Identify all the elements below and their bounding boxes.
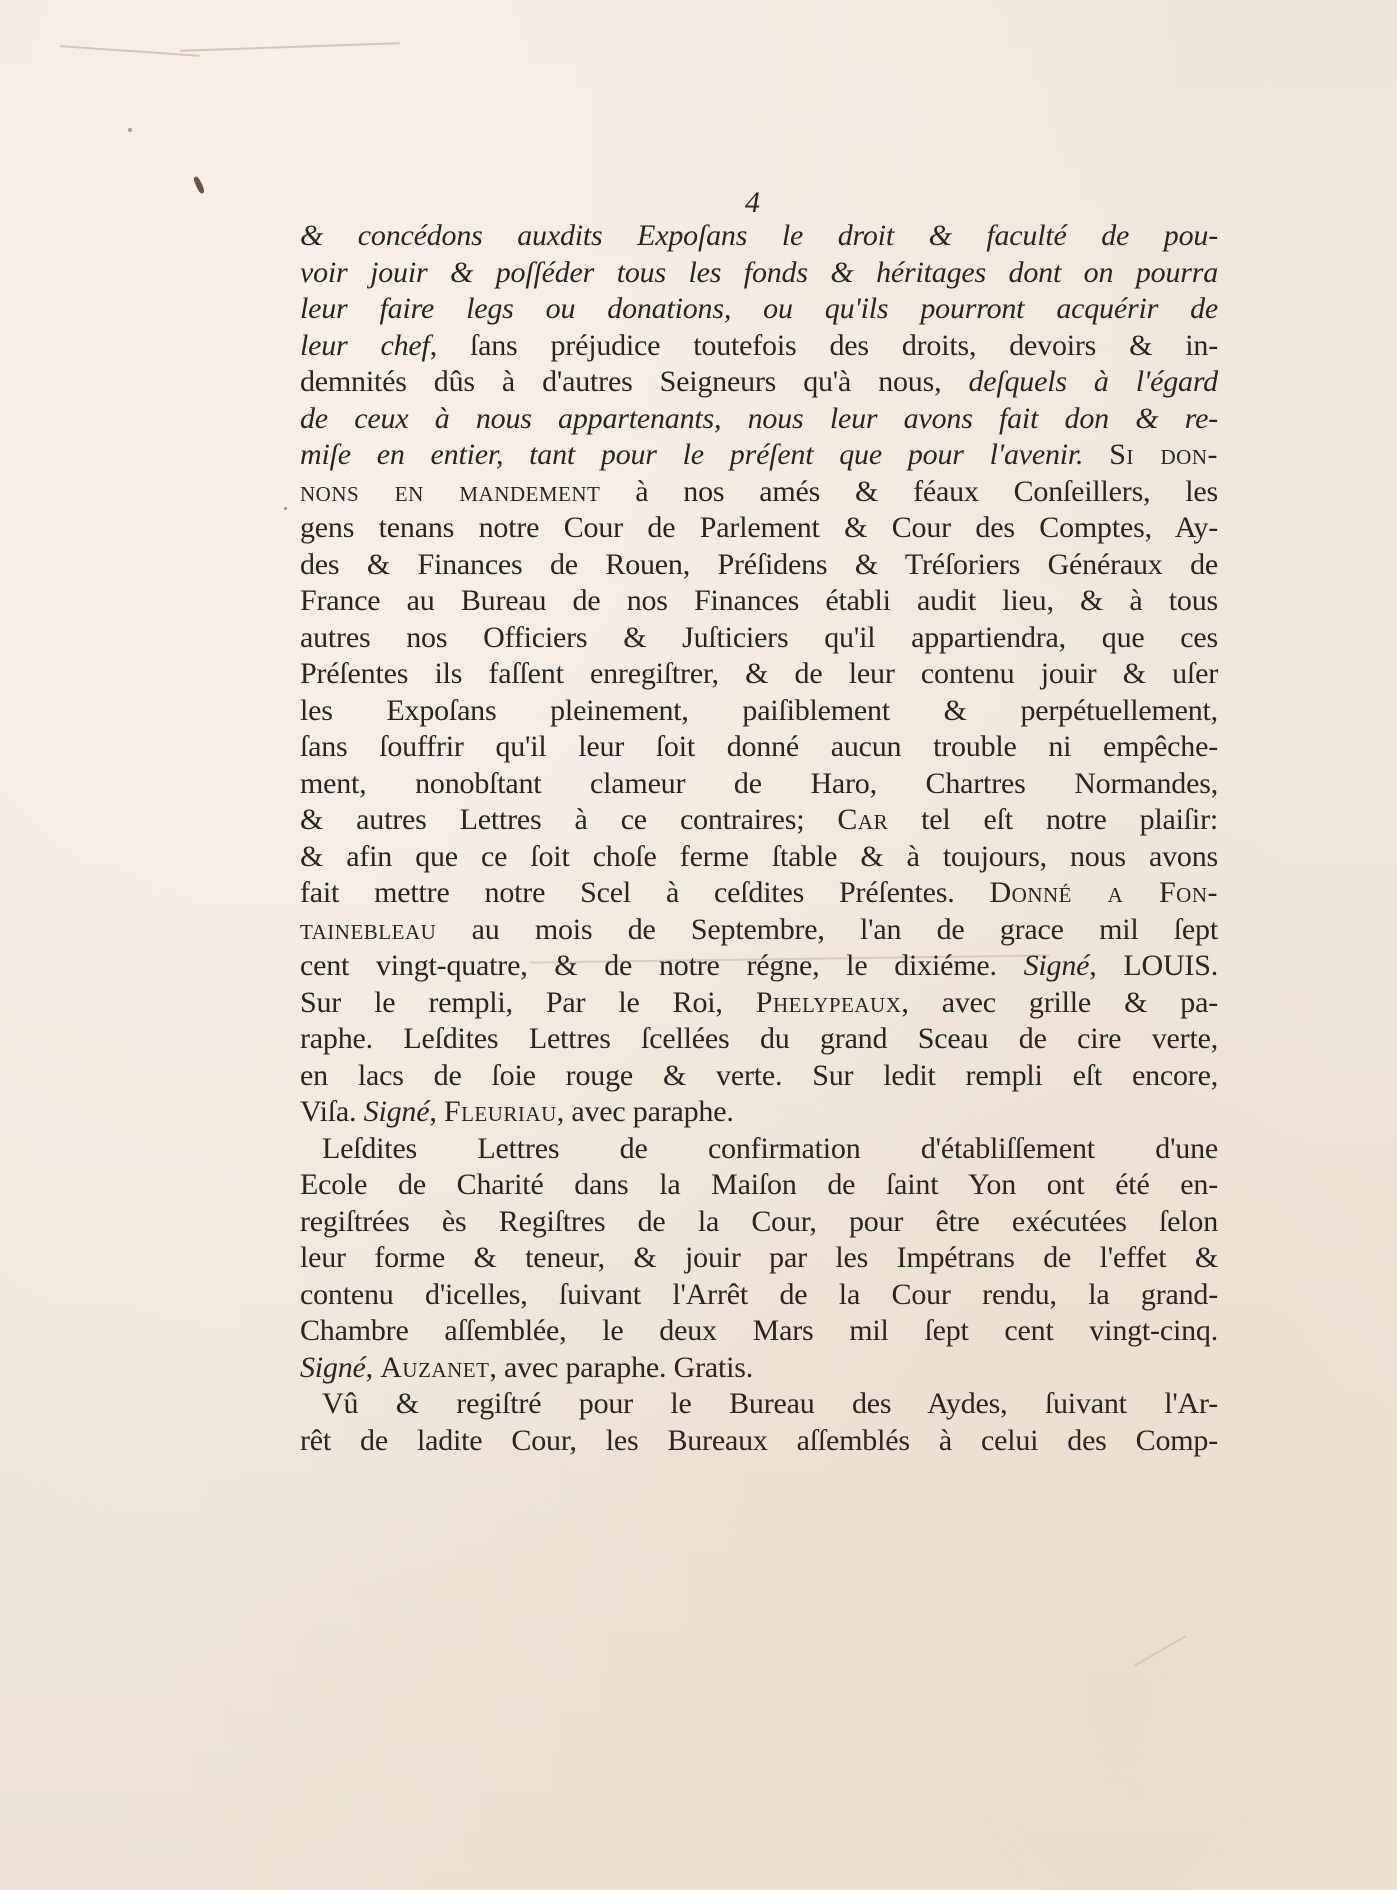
text-line: France au Bureau de nos Finances établi …	[300, 583, 1218, 620]
paper-crease	[1134, 1635, 1187, 1667]
text-segment: leur forme & teneur, & jouir par les Imp…	[300, 1241, 1218, 1274]
text-segment: tel eſt notre plaiſir:	[888, 803, 1218, 836]
text-line: leur forme & teneur, & jouir par les Imp…	[300, 1240, 1218, 1277]
text-segment: rêt de ladite Cour, les Bureaux aſſemblé…	[300, 1424, 1218, 1457]
text-segment: regiſtrées ès Regiſtres de la Cour, pour…	[300, 1205, 1218, 1238]
text-line: en lacs de ſoie rouge & verte. Sur ledit…	[300, 1058, 1218, 1095]
text-line: nons en mandement à nos amés & féaux Con…	[300, 474, 1218, 511]
text-segment: Phelypeaux	[756, 986, 902, 1019]
text-segment: ,	[429, 1095, 444, 1128]
text-segment: voir jouir & poſſéder tous les fonds & h…	[300, 256, 1218, 289]
text-line: & afin que ce ſoit choſe ferme ſtable & …	[300, 839, 1218, 876]
text-segment: Signé	[364, 1095, 430, 1128]
text-segment: & autres Lettres à ce contraires;	[300, 803, 837, 836]
text-line: Vû & regiſtré pour le Bureau des Aydes, …	[300, 1386, 1218, 1423]
text-line: cent vingt-quatre, & de notre régne, le …	[300, 948, 1218, 985]
text-segment: ment, nonobſtant clameur de Haro, Chartr…	[300, 767, 1218, 800]
text-segment: Signé	[1024, 949, 1090, 982]
text-segment: des & Finances de Rouen, Préſidens & Tré…	[300, 548, 1218, 581]
text-line: miſe en entier, tant pour le préſent que…	[300, 437, 1218, 474]
text-segment: cent vingt-quatre, & de notre régne, le …	[300, 949, 1024, 982]
text-segment: gens tenans notre Cour de Parlement & Co…	[300, 511, 1218, 544]
text-segment: Sur le rempli, Par le Roi,	[300, 986, 756, 1019]
text-line: tainebleau au mois de Septembre, l'an de…	[300, 912, 1218, 949]
text-line: contenu d'icelles, ſuivant l'Arrêt de la…	[300, 1277, 1218, 1314]
text-line: autres nos Officiers & Juſticiers qu'il …	[300, 620, 1218, 657]
text-segment: de ceux à nous appartenants, nous leur a…	[300, 402, 1218, 435]
text-line: & concédons auxdits Expoſans le droit & …	[300, 218, 1218, 255]
page-number: 4	[745, 188, 760, 218]
text-line: Préſentes ils faſſent enregiſtrer, & de …	[300, 656, 1218, 693]
text-segment: Donné a Fon-	[989, 876, 1218, 909]
text-segment: Fleuriau	[444, 1095, 557, 1128]
text-segment: Leſdites Lettres de confirmation d'établ…	[322, 1132, 1218, 1165]
text-segment: deſquels à l'égard	[968, 365, 1218, 398]
text-segment: , ſans préjudice toutefois des droits, d…	[430, 329, 1218, 362]
paper-crease	[180, 42, 400, 52]
text-line: ment, nonobſtant clameur de Haro, Chartr…	[300, 766, 1218, 803]
text-segment: Viſa.	[300, 1095, 364, 1128]
text-segment: au mois de Septembre, l'an de grace mil …	[436, 913, 1218, 946]
ink-speck	[284, 507, 287, 510]
text-segment: demnités dûs à d'autres Seigneurs qu'à n…	[300, 365, 968, 398]
text-line: ſans ſouffrir qu'il leur ſoit donné aucu…	[300, 729, 1218, 766]
text-segment: , avec paraphe. Gratis.	[489, 1351, 753, 1384]
text-line: Viſa. Signé, Fleuriau, avec paraphe.	[300, 1094, 1218, 1131]
document-body: & concédons auxdits Expoſans le droit & …	[300, 218, 1218, 1459]
text-line: Sur le rempli, Par le Roi, Phelypeaux, a…	[300, 985, 1218, 1022]
text-segment: & afin que ce ſoit choſe ferme ſtable & …	[300, 840, 1218, 873]
text-segment: & concédons auxdits Expoſans le droit & …	[300, 219, 1218, 252]
text-segment: Auzanet	[380, 1351, 489, 1384]
text-segment: en lacs de ſoie rouge & verte. Sur ledit…	[300, 1059, 1218, 1092]
text-segment: ,	[366, 1351, 381, 1384]
ink-speck	[192, 176, 205, 195]
text-segment: contenu d'icelles, ſuivant l'Arrêt de la…	[300, 1278, 1218, 1311]
text-line: de ceux à nous appartenants, nous leur a…	[300, 401, 1218, 438]
text-segment: leur faire legs ou donations, ou qu'ils …	[300, 292, 1218, 325]
text-line: demnités dûs à d'autres Seigneurs qu'à n…	[300, 364, 1218, 401]
text-line: Chambre aſſemblée, le deux Mars mil ſept…	[300, 1313, 1218, 1350]
text-line: gens tenans notre Cour de Parlement & Co…	[300, 510, 1218, 547]
text-line: des & Finances de Rouen, Préſidens & Tré…	[300, 547, 1218, 584]
text-segment: nons en mandement	[300, 475, 600, 508]
text-line: raphe. Leſdites Lettres ſcellées du gran…	[300, 1021, 1218, 1058]
text-segment: les Expoſans pleinement, paiſiblement & …	[300, 694, 1218, 727]
text-line: Leſdites Lettres de confirmation d'établ…	[300, 1131, 1218, 1168]
text-segment: , avec grille & pa-	[901, 986, 1218, 1019]
text-line: rêt de ladite Cour, les Bureaux aſſemblé…	[300, 1423, 1218, 1460]
text-segment: France au Bureau de nos Finances établi …	[300, 584, 1218, 617]
text-segment: leur chef	[300, 329, 430, 362]
text-segment: , LOUIS.	[1089, 949, 1218, 982]
paper-crease	[60, 45, 200, 57]
text-segment: Car	[837, 803, 888, 836]
text-line: les Expoſans pleinement, paiſiblement & …	[300, 693, 1218, 730]
text-segment: à nos amés & féaux Conſeillers, les	[600, 475, 1218, 508]
text-segment: Vû & regiſtré pour le Bureau des Aydes, …	[322, 1387, 1218, 1420]
text-segment: miſe en entier, tant pour le préſent que…	[300, 438, 1109, 471]
text-segment: Chambre aſſemblée, le deux Mars mil ſept…	[300, 1314, 1218, 1347]
text-line: & autres Lettres à ce contraires; Car te…	[300, 802, 1218, 839]
text-line: Signé, Auzanet, avec paraphe. Gratis.	[300, 1350, 1218, 1387]
text-line: leur faire legs ou donations, ou qu'ils …	[300, 291, 1218, 328]
text-segment: Préſentes ils faſſent enregiſtrer, & de …	[300, 657, 1218, 690]
text-line: leur chef, ſans préjudice toutefois des …	[300, 328, 1218, 365]
text-segment: Si don-	[1109, 438, 1218, 471]
text-line: regiſtrées ès Regiſtres de la Cour, pour…	[300, 1204, 1218, 1241]
text-segment: autres nos Officiers & Juſticiers qu'il …	[300, 621, 1218, 654]
text-line: fait mettre notre Scel à ceſdites Préſen…	[300, 875, 1218, 912]
text-segment: raphe. Leſdites Lettres ſcellées du gran…	[300, 1022, 1218, 1055]
text-segment: tainebleau	[300, 913, 436, 946]
text-line: voir jouir & poſſéder tous les fonds & h…	[300, 255, 1218, 292]
text-segment: fait mettre notre Scel à ceſdites Préſen…	[300, 876, 989, 909]
text-segment: , avec paraphe.	[557, 1095, 734, 1128]
text-segment: ſans ſouffrir qu'il leur ſoit donné aucu…	[300, 730, 1218, 763]
text-segment: Ecole de Charité dans la Maiſon de ſaint…	[300, 1168, 1218, 1201]
ink-speck	[128, 128, 132, 132]
text-segment: Signé	[300, 1351, 366, 1384]
text-line: Ecole de Charité dans la Maiſon de ſaint…	[300, 1167, 1218, 1204]
